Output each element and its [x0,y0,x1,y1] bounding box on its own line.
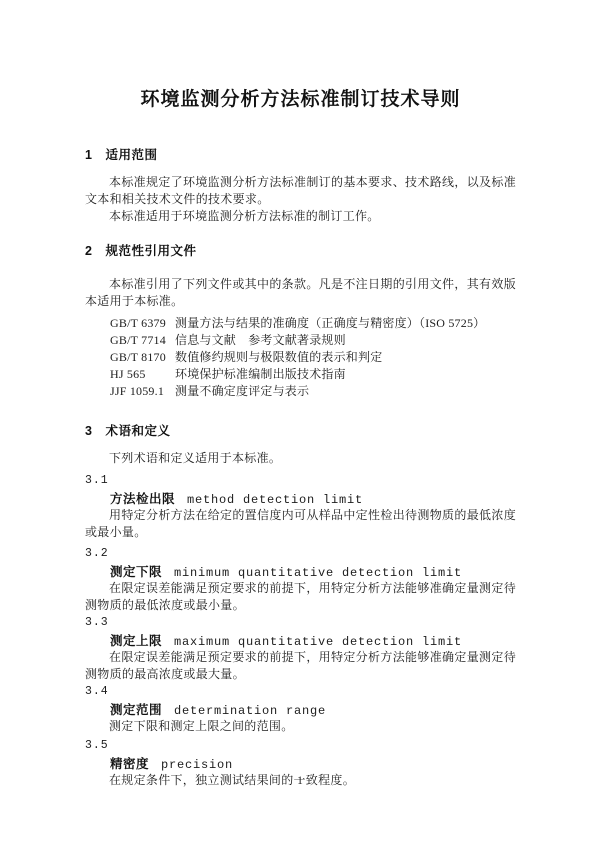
term-heading: 测定范围determination range [110,700,516,718]
section-title: 规范性引用文件 [105,244,196,258]
term-definition: 用特定分析方法在给定的置信度内可从样品中定性检出待测物质的最低浓度或最小量。 [85,507,516,541]
term-definition: 在限定误差能满足预定要求的前提下，用特定分析方法能够准确定量测定待测物质的最低浓… [85,580,516,614]
reference-item: JJF 1059.1 测量不确定度评定与表示 [110,383,516,400]
term-zh: 测定范围 [110,703,162,717]
term-en: minimum quantitative detection limit [174,566,462,580]
page-number: 1 [0,774,600,788]
term-heading: 测定下限minimum quantitative detection limit [110,562,516,580]
reference-title: 测量不确定度评定与表示 [175,383,516,400]
reference-item: GB/T 6379 测量方法与结果的准确度（正确度与精密度）（ISO 5725） [110,315,516,332]
term-zh: 测定下限 [110,565,162,579]
term-number: 3.3 [85,614,516,631]
reference-code: GB/T 6379 [110,315,175,332]
section-number: 3 [85,424,92,438]
document-page: 环境监测分析方法标准制订技术导则 1适用范围 本标准规定了环境监测分析方法标准制… [0,0,600,848]
references-intro: 本标准引用了下列文件或其中的条款。凡是不注日期的引用文件，其有效版本适用于本标准… [85,276,516,310]
reference-title: 环境保护标准编制出版技术指南 [175,366,516,383]
term-en: determination range [174,704,326,718]
term-heading: 精密度precision [110,754,516,772]
term-number: 3.5 [85,737,516,754]
reference-title: 测量方法与结果的准确度（正确度与精密度）（ISO 5725） [175,315,516,332]
term-item-3-1: 3.1 方法检出限method detection limit 用特定分析方法在… [85,472,516,541]
term-zh: 测定上限 [110,634,162,648]
section-heading-terms-definitions: 3术语和定义 [85,423,516,439]
term-definition: 测定下限和测定上限之间的范围。 [85,718,516,735]
term-item-3-3: 3.3 测定上限maximum quantitative detection l… [85,614,516,683]
term-item-3-2: 3.2 测定下限minimum quantitative detection l… [85,545,516,614]
section-title: 适用范围 [105,148,157,162]
reference-code: JJF 1059.1 [110,383,175,400]
section-heading-scope: 1适用范围 [85,147,516,163]
term-number: 3.4 [85,683,516,700]
term-number: 3.1 [85,472,516,489]
reference-code: HJ 565 [110,366,175,383]
term-en: maximum quantitative detection limit [174,635,462,649]
terms-intro: 下列术语和定义适用于本标准。 [85,450,516,467]
term-heading: 测定上限maximum quantitative detection limit [110,631,516,649]
scope-paragraph-1: 本标准规定了环境监测分析方法标准制订的基本要求、技术路线，以及标准文本和相关技术… [85,174,516,208]
term-en: precision [161,758,233,772]
term-number: 3.2 [85,545,516,562]
term-zh: 方法检出限 [110,492,175,506]
reference-title: 数值修约规则与极限数值的表示和判定 [175,349,516,366]
term-zh: 精密度 [110,757,149,771]
reference-title: 信息与文献 参考文献著录规则 [175,332,516,349]
reference-item: GB/T 7714 信息与文献 参考文献著录规则 [110,332,516,349]
term-heading: 方法检出限method detection limit [110,489,516,507]
references-list: GB/T 6379 测量方法与结果的准确度（正确度与精密度）（ISO 5725）… [85,315,516,400]
reference-code: GB/T 8170 [110,349,175,366]
document-title: 环境监测分析方法标准制订技术导则 [85,86,516,114]
reference-item: HJ 565 环境保护标准编制出版技术指南 [110,366,516,383]
section-heading-normative-references: 2规范性引用文件 [85,243,516,259]
section-number: 1 [85,148,92,162]
terms-list: 3.1 方法检出限method detection limit 用特定分析方法在… [85,472,516,789]
term-item-3-4: 3.4 测定范围determination range 测定下限和测定上限之间的… [85,683,516,735]
reference-item: GB/T 8170 数值修约规则与极限数值的表示和判定 [110,349,516,366]
reference-code: GB/T 7714 [110,332,175,349]
section-number: 2 [85,244,92,258]
term-en: method detection limit [187,493,363,507]
section-title: 术语和定义 [105,424,170,438]
term-definition: 在限定误差能满足预定要求的前提下，用特定分析方法能够准确定量测定待测物质的最高浓… [85,649,516,683]
scope-paragraph-2: 本标准适用于环境监测分析方法标准的制订工作。 [85,208,516,225]
